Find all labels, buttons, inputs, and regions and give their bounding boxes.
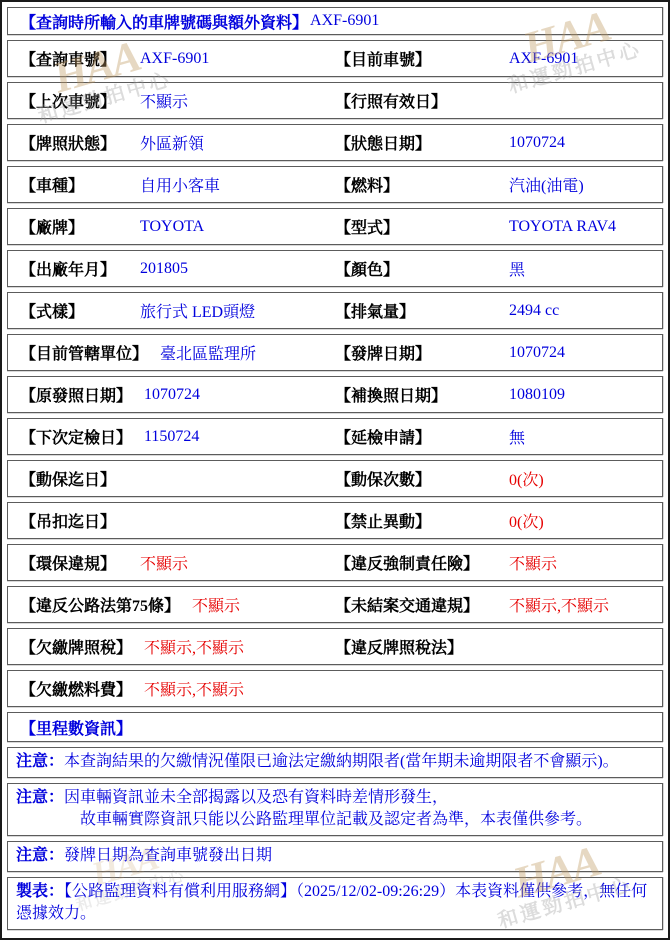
row-plate-status: 【牌照狀態】 外區新領 【狀態日期】 1070724 — [7, 124, 663, 161]
manufacture-date-value: 201805 — [128, 260, 323, 278]
previous-plate-value: 不顯示 — [128, 89, 323, 112]
mileage-section-title: 【里程數資訊】 — [20, 716, 132, 739]
style-label: 【式樣】 — [8, 299, 128, 322]
current-plate-value: AXF-6901 — [495, 50, 662, 68]
mileage-section-header: 【里程數資訊】 — [7, 712, 663, 742]
pending-traffic-violation-value: 不顯示,不顯示 — [495, 593, 662, 616]
displacement-value: 2494 cc — [495, 302, 662, 320]
report-title-plate: AXF-6901 — [310, 12, 379, 30]
license-replacement-date-label: 【補換照日期】 — [323, 383, 495, 406]
previous-plate-label: 【上次車號】 — [8, 89, 128, 112]
note-prefix: 注意： — [16, 847, 64, 864]
note-text: 本查詢結果的欠繳情況僅限已逾法定繳納期限者(當年期未逾期限者不會顯示)。 — [64, 753, 619, 770]
row-secured-transaction: 【動保迄日】 【動保次數】 0(次) — [7, 460, 663, 497]
compulsory-insurance-violation-value: 不顯示 — [495, 551, 662, 574]
row-license-dates: 【原發照日期】 1070724 【補換照日期】 1080109 — [7, 376, 663, 413]
manufacture-date-label: 【出廠年月】 — [8, 257, 128, 280]
query-plate-label: 【查詢車號】 — [8, 47, 128, 70]
report-title-label: 【查詢時所輸入的車牌號碼與額外資料】 — [20, 10, 308, 33]
supervising-office-value: 臺北區監理所 — [148, 341, 323, 364]
secured-count-value: 0(次) — [495, 467, 662, 490]
environmental-violation-label: 【環保違規】 — [8, 551, 128, 574]
note-text: 【公路監理資料有償利用服務網】（2025/12/02-09:26:29）本表資料… — [16, 883, 647, 922]
change-prohibition-label: 【禁止異動】 — [323, 509, 495, 532]
note-prefix: 注意： — [16, 789, 64, 806]
displacement-label: 【排氣量】 — [323, 299, 495, 322]
note-unpaid-scope: 注意：本查詢結果的欠繳情況僅限已逾法定繳納期限者(當年期未逾期限者不會顯示)。 — [7, 747, 663, 778]
plate-issue-date-label: 【發牌日期】 — [323, 341, 495, 364]
next-inspection-date-label: 【下次定檢日】 — [8, 425, 132, 448]
fuel-value: 汽油(油電) — [495, 173, 662, 196]
note-text: 發牌日期為查詢車號發出日期 — [64, 847, 272, 864]
vehicle-type-value: 自用小客車 — [128, 173, 323, 196]
unpaid-fuel-fee-label: 【欠繳燃料費】 — [8, 677, 132, 700]
suspension-until-label: 【吊扣迄日】 — [8, 509, 128, 532]
unpaid-fuel-fee-value: 不顯示,不顯示 — [132, 677, 323, 700]
row-brand-model: 【廠牌】 TOYOTA 【型式】 TOYOTA RAV4 — [7, 208, 663, 245]
change-prohibition-value: 0(次) — [495, 509, 662, 532]
supervising-office-label: 【目前管轄單位】 — [8, 341, 148, 364]
note-prefix: 注意： — [16, 753, 64, 770]
highway-act-75-violation-label: 【違反公路法第75條】 — [8, 593, 180, 616]
report-title-row: 【查詢時所輸入的車牌號碼與額外資料】 AXF-6901 — [7, 7, 663, 35]
row-highway-traffic-violations: 【違反公路法第75條】 不顯示 【未結案交通違規】 不顯示,不顯示 — [7, 586, 663, 623]
note-report-source: 製表：【公路監理資料有償利用服務網】（2025/12/02-09:26:29）本… — [7, 877, 663, 930]
color-label: 【顏色】 — [323, 257, 495, 280]
row-suspension: 【吊扣迄日】 【禁止異動】 0(次) — [7, 502, 663, 539]
inspection-extension-label: 【延檢申請】 — [323, 425, 495, 448]
query-plate-value: AXF-6901 — [128, 50, 323, 68]
unpaid-license-tax-value: 不顯示,不顯示 — [132, 635, 323, 658]
note-data-disclaimer: 注意：因車輛資訊並未全部揭露以及恐有資料時差情形發生， 故車輛實際資訊只能以公路… — [7, 783, 663, 836]
row-plate-numbers: 【查詢車號】 AXF-6901 【目前車號】 AXF-6901 — [7, 40, 663, 77]
plate-status-value: 外區新領 — [128, 131, 323, 154]
license-tax-violation-label: 【違反牌照稅法】 — [323, 635, 495, 658]
model-value: TOYOTA RAV4 — [495, 218, 662, 236]
note-text: 因車輛資訊並未全部揭露以及恐有資料時差情形發生， 故車輛實際資訊只能以公路監理單… — [16, 789, 592, 828]
vehicle-type-label: 【車種】 — [8, 173, 128, 196]
row-manufacture-color: 【出廠年月】 201805 【顏色】 黑 — [7, 250, 663, 287]
status-date-label: 【狀態日期】 — [323, 131, 495, 154]
row-inspection: 【下次定檢日】 1150724 【延檢申請】 無 — [7, 418, 663, 455]
next-inspection-date-value: 1150724 — [132, 428, 323, 446]
original-license-date-value: 1070724 — [132, 386, 323, 404]
license-replacement-date-value: 1080109 — [495, 386, 662, 404]
report-frame: 【查詢時所輸入的車牌號碼與額外資料】 AXF-6901 【查詢車號】 AXF-6… — [0, 0, 670, 940]
unpaid-license-tax-label: 【欠繳牌照稅】 — [8, 635, 132, 658]
note-issue-date: 注意：發牌日期為查詢車號發出日期 — [7, 841, 663, 872]
highway-act-75-violation-value: 不顯示 — [180, 593, 323, 616]
row-previous-plate: 【上次車號】 不顯示 【行照有效日】 — [7, 82, 663, 119]
original-license-date-label: 【原發照日期】 — [8, 383, 132, 406]
row-fuel-fee: 【欠繳燃料費】 不顯示,不顯示 — [7, 670, 663, 707]
current-plate-label: 【目前車號】 — [323, 47, 495, 70]
brand-label: 【廠牌】 — [8, 215, 128, 238]
row-office-issue-date: 【目前管轄單位】 臺北區監理所 【發牌日期】 1070724 — [7, 334, 663, 371]
row-style-displacement: 【式樣】 旅行式 LED頭燈 【排氣量】 2494 cc — [7, 292, 663, 329]
plate-status-label: 【牌照狀態】 — [8, 131, 128, 154]
pending-traffic-violation-label: 【未結案交通違規】 — [323, 593, 495, 616]
status-date-value: 1070724 — [495, 134, 662, 152]
row-vehicle-type: 【車種】 自用小客車 【燃料】 汽油(油電) — [7, 166, 663, 203]
inspection-extension-value: 無 — [495, 425, 662, 448]
secured-count-label: 【動保次數】 — [323, 467, 495, 490]
note-prefix: 製表： — [16, 883, 64, 900]
color-value: 黑 — [495, 257, 662, 280]
compulsory-insurance-violation-label: 【違反強制責任險】 — [323, 551, 495, 574]
style-value: 旅行式 LED頭燈 — [128, 299, 323, 322]
row-environment-insurance: 【環保違規】 不顯示 【違反強制責任險】 不顯示 — [7, 544, 663, 581]
plate-issue-date-value: 1070724 — [495, 344, 662, 362]
license-valid-date-label: 【行照有效日】 — [323, 89, 495, 112]
row-license-tax: 【欠繳牌照稅】 不顯示,不顯示 【違反牌照稅法】 — [7, 628, 663, 665]
environmental-violation-value: 不顯示 — [128, 551, 323, 574]
model-label: 【型式】 — [323, 215, 495, 238]
brand-value: TOYOTA — [128, 218, 323, 236]
secured-until-label: 【動保迄日】 — [8, 467, 128, 490]
fuel-label: 【燃料】 — [323, 173, 495, 196]
